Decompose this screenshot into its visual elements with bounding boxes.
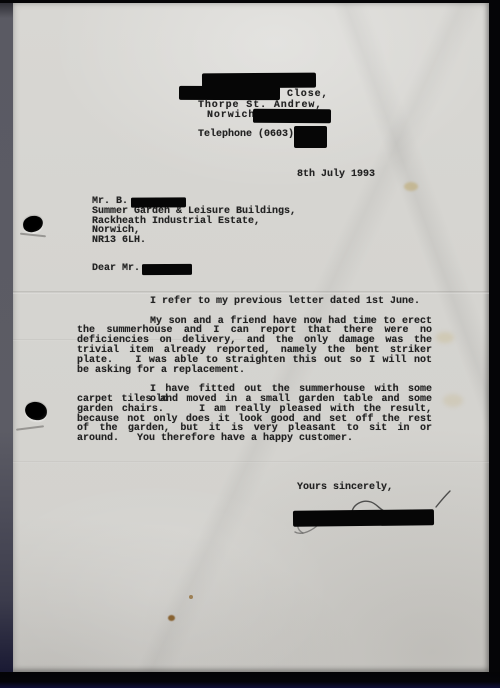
redaction-recipient-name bbox=[131, 197, 186, 207]
body-line: be asking for a replacement. bbox=[77, 366, 432, 376]
paragraph: I refer to my previous letter dated 1st … bbox=[77, 297, 432, 307]
paragraph: I have fitted out the summerhouse with s… bbox=[77, 385, 432, 444]
redaction-sender-line2 bbox=[179, 86, 280, 100]
redaction-signature bbox=[293, 509, 434, 526]
redaction-salutation-name bbox=[142, 263, 192, 274]
redaction-sender-postcode bbox=[253, 109, 331, 123]
scanned-letter-page: Close, Thorpe St. Andrew, Norwich, Telep… bbox=[0, 0, 500, 688]
salutation: Dear Mr. bbox=[92, 264, 192, 274]
scan-edge-bottom bbox=[0, 672, 500, 688]
letter-date: 8th July 1993 bbox=[297, 169, 375, 180]
body-line: I refer to my previous letter dated 1st … bbox=[77, 297, 432, 307]
recipient-postcode: NR13 6LH. bbox=[92, 236, 296, 246]
scan-edge-left bbox=[0, 0, 13, 688]
sender-telephone: Telephone (0603) bbox=[198, 129, 294, 140]
paragraph: My son and a friend have now had time to… bbox=[77, 317, 432, 376]
recipient-address-block: Mr. B. Summer Garden & Leisure Buildings… bbox=[92, 197, 296, 246]
letter-body: I refer to my previous letter dated 1st … bbox=[77, 297, 432, 454]
body-line: around. You therefore have a happy custo… bbox=[77, 434, 432, 444]
redaction-telephone-number bbox=[294, 126, 327, 148]
scan-edge-right bbox=[489, 0, 500, 688]
sender-address-close: Close, bbox=[287, 89, 328, 100]
